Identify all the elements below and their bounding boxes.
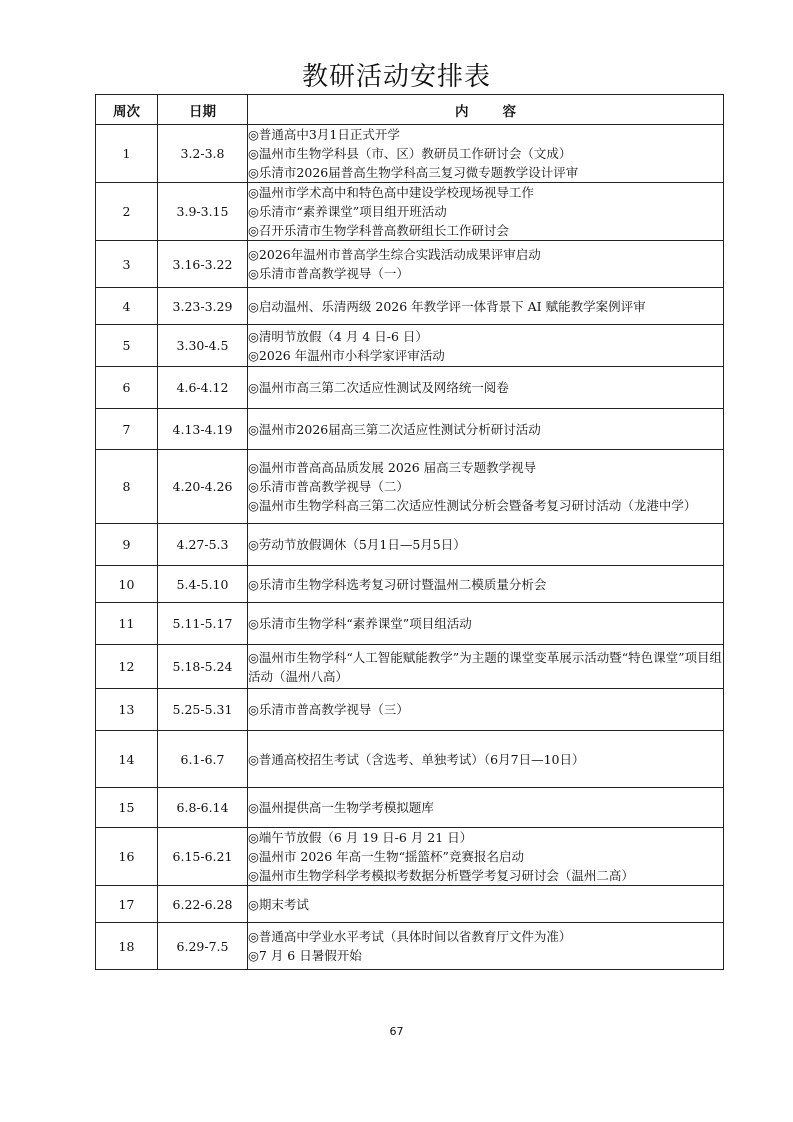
page-title: 教研活动安排表	[0, 56, 793, 93]
table-row: 13.2-3.8◎普通高中3月1日正式开学◎温州市生物学科县（市、区）教研员工作…	[96, 125, 724, 183]
header-date: 日期	[158, 95, 248, 125]
week-cell: 3	[96, 241, 158, 288]
activity-item: ◎普通高校招生考试（含选考、单独考试）（6月7日—10日）	[248, 750, 723, 769]
activity-item: ◎乐清市2026届普高生物学科高三复习微专题教学设计评审	[248, 163, 723, 182]
header-week: 周次	[96, 95, 158, 125]
week-cell: 15	[96, 788, 158, 828]
content-cell: ◎启动温州、乐清两级 2026 年教学评一体背景下 AI 赋能教学案例评审	[248, 288, 724, 325]
activity-item: ◎启动温州、乐清两级 2026 年教学评一体背景下 AI 赋能教学案例评审	[248, 297, 723, 316]
activity-item: ◎2026年温州市普高学生综合实践活动成果评审启动	[248, 245, 723, 264]
content-cell: ◎乐清市普高教学视导（三）	[248, 689, 724, 731]
table-row: 33.16-3.22◎2026年温州市普高学生综合实践活动成果评审启动◎乐清市普…	[96, 241, 724, 288]
date-cell: 3.30-4.5	[158, 325, 248, 367]
week-cell: 18	[96, 923, 158, 970]
activity-item: ◎劳动节放假调休（5月1日—5月5日）	[248, 535, 723, 554]
activity-item: ◎温州市生物学科“人工智能赋能教学”为主题的课堂变革展示活动暨“特色课堂”项目组…	[248, 648, 723, 686]
schedule-table: 周次 日期 内容 13.2-3.8◎普通高中3月1日正式开学◎温州市生物学科县（…	[95, 94, 724, 970]
week-cell: 17	[96, 886, 158, 923]
table-row: 74.13-4.19◎温州市2026届高三第二次适应性测试分析研讨活动	[96, 409, 724, 450]
date-cell: 5.11-5.17	[158, 603, 248, 645]
content-cell: ◎普通高中3月1日正式开学◎温州市生物学科县（市、区）教研员工作研讨会（文成）◎…	[248, 125, 724, 183]
week-cell: 1	[96, 125, 158, 183]
activity-item: ◎乐清市“素养课堂”项目组开班活动	[248, 202, 723, 221]
header-content: 内容	[248, 95, 724, 125]
activity-item: ◎温州提供高一生物学考模拟题库	[248, 798, 723, 817]
content-cell: ◎温州提供高一生物学考模拟题库	[248, 788, 724, 828]
table-row: 186.29-7.5◎普通高中学业水平考试（具体时间以省教育厅文件为准）◎7 月…	[96, 923, 724, 970]
content-cell: ◎端午节放假（6 月 19 日-6 月 21 日）◎温州市 2026 年高一生物…	[248, 828, 724, 886]
activity-item: ◎温州市生物学科县（市、区）教研员工作研讨会（文成）	[248, 144, 723, 163]
date-cell: 4.13-4.19	[158, 409, 248, 450]
week-cell: 10	[96, 566, 158, 603]
activity-item: ◎温州市普高高品质发展 2026 届高三专题教学视导	[248, 458, 723, 477]
activity-item: ◎7 月 6 日暑假开始	[248, 946, 723, 965]
table-row: 156.8-6.14◎温州提供高一生物学考模拟题库	[96, 788, 724, 828]
table-row: 166.15-6.21◎端午节放假（6 月 19 日-6 月 21 日）◎温州市…	[96, 828, 724, 886]
activity-item: ◎温州市 2026 年高一生物“摇篮杯”竞赛报名启动	[248, 847, 723, 866]
table-row: 115.11-5.17◎乐清市生物学科“素养课堂”项目组活动	[96, 603, 724, 645]
activity-item: ◎清明节放假（4 月 4 日-6 日）	[248, 327, 723, 346]
table-row: 105.4-5.10◎乐清市生物学科选考复习研讨暨温州二模质量分析会	[96, 566, 724, 603]
activity-item: ◎乐清市普高教学视导（二）	[248, 477, 723, 496]
content-cell: ◎温州市学术高中和特色高中建设学校现场视导工作◎乐清市“素养课堂”项目组开班活动…	[248, 183, 724, 241]
content-cell: ◎普通高校招生考试（含选考、单独考试）（6月7日—10日）	[248, 731, 724, 788]
table-row: 94.27-5.3◎劳动节放假调休（5月1日—5月5日）	[96, 524, 724, 566]
date-cell: 6.15-6.21	[158, 828, 248, 886]
date-cell: 3.16-3.22	[158, 241, 248, 288]
date-cell: 6.1-6.7	[158, 731, 248, 788]
date-cell: 5.4-5.10	[158, 566, 248, 603]
activity-item: ◎温州市高三第二次适应性测试及网络统一阅卷	[248, 378, 723, 397]
activity-item: ◎温州市学术高中和特色高中建设学校现场视导工作	[248, 183, 723, 202]
content-cell: ◎温州市生物学科“人工智能赋能教学”为主题的课堂变革展示活动暨“特色课堂”项目组…	[248, 645, 724, 689]
week-cell: 16	[96, 828, 158, 886]
activity-item: ◎2026 年温州市小科学家评审活动	[248, 346, 723, 365]
table-header-row: 周次 日期 内容	[96, 95, 724, 125]
content-cell: ◎期末考试	[248, 886, 724, 923]
content-cell: ◎温州市2026届高三第二次适应性测试分析研讨活动	[248, 409, 724, 450]
content-cell: ◎劳动节放假调休（5月1日—5月5日）	[248, 524, 724, 566]
table-row: 84.20-4.26◎温州市普高高品质发展 2026 届高三专题教学视导◎乐清市…	[96, 450, 724, 524]
week-cell: 5	[96, 325, 158, 367]
date-cell: 4.27-5.3	[158, 524, 248, 566]
week-cell: 4	[96, 288, 158, 325]
activity-item: ◎乐清市生物学科选考复习研讨暨温州二模质量分析会	[248, 575, 723, 594]
week-cell: 11	[96, 603, 158, 645]
activity-item: ◎温州市生物学科学考模拟考数据分析暨学考复习研讨会（温州二高）	[248, 866, 723, 885]
week-cell: 12	[96, 645, 158, 689]
activity-item: ◎乐清市普高教学视导（一）	[248, 264, 723, 283]
activity-item: ◎召开乐清市生物学科普高教研组长工作研讨会	[248, 221, 723, 240]
activity-item: ◎乐清市普高教学视导（三）	[248, 700, 723, 719]
week-cell: 13	[96, 689, 158, 731]
week-cell: 8	[96, 450, 158, 524]
content-cell: ◎温州市高三第二次适应性测试及网络统一阅卷	[248, 367, 724, 409]
table-row: 125.18-5.24◎温州市生物学科“人工智能赋能教学”为主题的课堂变革展示活…	[96, 645, 724, 689]
date-cell: 5.25-5.31	[158, 689, 248, 731]
page-number: 67	[0, 1025, 793, 1038]
activity-item: ◎温州市生物学科高三第二次适应性测试分析会暨备考复习研讨活动（龙港中学）	[248, 496, 723, 515]
table-row: 146.1-6.7◎普通高校招生考试（含选考、单独考试）（6月7日—10日）	[96, 731, 724, 788]
activity-item: ◎普通高中3月1日正式开学	[248, 125, 723, 144]
content-cell: ◎乐清市生物学科选考复习研讨暨温州二模质量分析会	[248, 566, 724, 603]
content-cell: ◎温州市普高高品质发展 2026 届高三专题教学视导◎乐清市普高教学视导（二）◎…	[248, 450, 724, 524]
activity-item: ◎乐清市生物学科“素养课堂”项目组活动	[248, 614, 723, 633]
table-row: 176.22-6.28◎期末考试	[96, 886, 724, 923]
table-row: 23.9-3.15◎温州市学术高中和特色高中建设学校现场视导工作◎乐清市“素养课…	[96, 183, 724, 241]
date-cell: 6.22-6.28	[158, 886, 248, 923]
date-cell: 6.29-7.5	[158, 923, 248, 970]
activity-item: ◎期末考试	[248, 895, 723, 914]
activity-item: ◎端午节放假（6 月 19 日-6 月 21 日）	[248, 828, 723, 847]
activity-item: ◎普通高中学业水平考试（具体时间以省教育厅文件为准）	[248, 927, 723, 946]
content-cell: ◎清明节放假（4 月 4 日-6 日）◎2026 年温州市小科学家评审活动	[248, 325, 724, 367]
table-row: 53.30-4.5◎清明节放假（4 月 4 日-6 日）◎2026 年温州市小科…	[96, 325, 724, 367]
content-cell: ◎乐清市生物学科“素养课堂”项目组活动	[248, 603, 724, 645]
week-cell: 14	[96, 731, 158, 788]
table-row: 135.25-5.31◎乐清市普高教学视导（三）	[96, 689, 724, 731]
week-cell: 9	[96, 524, 158, 566]
week-cell: 6	[96, 367, 158, 409]
date-cell: 4.6-4.12	[158, 367, 248, 409]
date-cell: 3.2-3.8	[158, 125, 248, 183]
activity-item: ◎温州市2026届高三第二次适应性测试分析研讨活动	[248, 420, 723, 439]
week-cell: 7	[96, 409, 158, 450]
date-cell: 3.23-3.29	[158, 288, 248, 325]
table-row: 64.6-4.12◎温州市高三第二次适应性测试及网络统一阅卷	[96, 367, 724, 409]
date-cell: 4.20-4.26	[158, 450, 248, 524]
date-cell: 3.9-3.15	[158, 183, 248, 241]
content-cell: ◎2026年温州市普高学生综合实践活动成果评审启动◎乐清市普高教学视导（一）	[248, 241, 724, 288]
table-row: 43.23-3.29◎启动温州、乐清两级 2026 年教学评一体背景下 AI 赋…	[96, 288, 724, 325]
date-cell: 5.18-5.24	[158, 645, 248, 689]
date-cell: 6.8-6.14	[158, 788, 248, 828]
week-cell: 2	[96, 183, 158, 241]
content-cell: ◎普通高中学业水平考试（具体时间以省教育厅文件为准）◎7 月 6 日暑假开始	[248, 923, 724, 970]
